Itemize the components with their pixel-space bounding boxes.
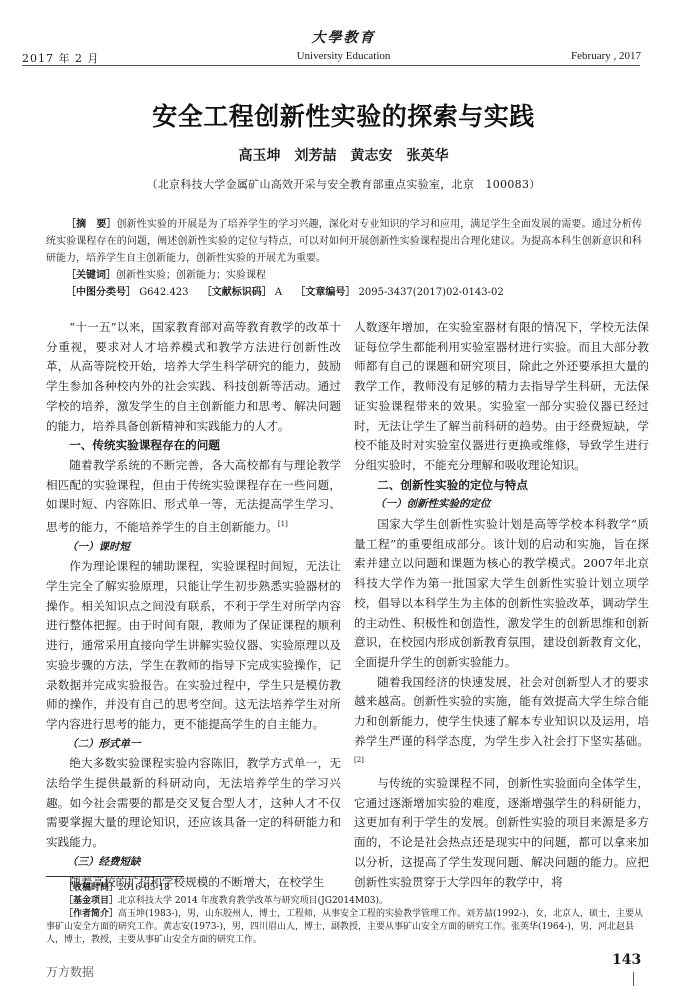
page-number: 143 xyxy=(612,952,641,968)
keywords: ［关键词］创新性实验；创新能力；实验课程 xyxy=(46,267,642,284)
author-bio: ［作者简介］高玉坤(1983-)，男，山东胶州人，博士，工程师，从事安全工程的实… xyxy=(46,908,646,947)
paragraph: 绝大多数实验课程实验内容陈旧，教学方式单一，无法给学生提供最新的科研动向，无法培… xyxy=(46,754,341,853)
abstract: ［摘 要］创新性实验的开展是为了培养学生的学习兴趣，深化对专业知识的学习和应用，… xyxy=(46,216,642,267)
issue-date-en: February , 2017 xyxy=(571,50,641,62)
classification-line: ［中图分类号］ G642.423 ［文献标识码］ A ［文章编号］ 2095-3… xyxy=(46,284,642,301)
clc-label: ［中图分类号］ xyxy=(66,287,136,298)
article-title: 安全工程创新性实验的探索与实践 xyxy=(0,97,687,133)
paragraph: “十一五”以来，国家教育部对高等教育教学的改革十分重视，要求对人才培养模式和教学… xyxy=(46,318,341,436)
paragraph: 国家大学生创新性实验计划是高等学校本科教学“质量工程”的重要组成部分。该计划的启… xyxy=(354,515,649,673)
article-authors: 高玉坤 刘芳喆 黄志安 张英华 xyxy=(0,145,687,165)
wanfang-watermark: 万方数据 xyxy=(46,963,94,980)
header-rule xyxy=(22,65,640,66)
body-column-right: 人数逐年增加，在实验室器材有限的情况下，学校无法保证每位学生都能利用实验室器材进… xyxy=(354,318,649,892)
citation-ref[interactable]: [1] xyxy=(278,520,288,528)
citation-ref[interactable]: [2] xyxy=(354,756,364,764)
body-column-left: “十一五”以来，国家教育部对高等教育教学的改革十分重视，要求对人才培养模式和教学… xyxy=(46,318,341,892)
paragraph: 随着教学系统的不断完善，各大高校都有与理论教学相匹配的实验课程，但由于传统实验课… xyxy=(46,456,341,538)
doc-code-label: ［文献标识码］ xyxy=(202,287,272,298)
fund-project: ［基金项目］北京科技大学 2014 年度教育教学改革与研究项目(JG2014M0… xyxy=(46,895,646,908)
doc-code-value: A xyxy=(275,287,282,298)
subsection-heading: （一）创新性实验的定位 xyxy=(354,495,649,515)
section-heading: 一、传统实验课程存在的问题 xyxy=(46,436,341,456)
subsection-heading: （二）形式单一 xyxy=(46,735,341,755)
paragraph: 随着我国经济的快速发展，社会对创新型人才的要求越来越高。创新性实验的实施，能有效… xyxy=(354,673,649,774)
received-date: ［收稿时间］2016-05-18 xyxy=(46,882,646,895)
abstract-label: ［摘 要］ xyxy=(66,219,117,230)
subsection-heading: （三）经费短缺 xyxy=(46,853,341,873)
author-affiliation: （北京科技大学金属矿山高效开采与安全教育部重点实验室，北京 100083） xyxy=(0,176,687,192)
page-marker-line xyxy=(633,972,634,986)
article-no-value: 2095-3437(2017)02-0143-02 xyxy=(359,287,504,298)
footnote-rule xyxy=(46,876,184,877)
footnotes: ［收稿时间］2016-05-18 ［基金项目］北京科技大学 2014 年度教育教… xyxy=(46,882,646,947)
keywords-text: 创新性实验；创新能力；实验课程 xyxy=(116,270,266,281)
keywords-label: ［关键词］ xyxy=(66,270,116,281)
article-no-label: ［文章编号］ xyxy=(295,287,355,298)
abstract-block: ［摘 要］创新性实验的开展是为了培养学生的学习兴趣，深化对专业知识的学习和应用，… xyxy=(46,216,642,301)
abstract-text: 创新性实验的开展是为了培养学生的学习兴趣，深化对专业知识的学习和应用，满足学生全… xyxy=(46,219,642,264)
subsection-heading: （一）课时短 xyxy=(46,538,341,558)
clc-value: G642.423 xyxy=(139,287,188,298)
paragraph: 作为理论课程的辅助课程，实验课程时间短，无法让学生完全了解实验原理，只能让学生初… xyxy=(46,557,341,734)
paragraph: 与传统的实验课程不同，创新性实验面向全体学生，它通过逐渐增加实验的难度，逐渐增强… xyxy=(354,774,649,892)
section-heading: 二、创新性实验的定位与特点 xyxy=(354,476,649,496)
journal-logo: 大學教育 xyxy=(0,27,687,47)
paragraph: 人数逐年增加，在实验室器材有限的情况下，学校无法保证每位学生都能利用实验室器材进… xyxy=(354,318,649,476)
